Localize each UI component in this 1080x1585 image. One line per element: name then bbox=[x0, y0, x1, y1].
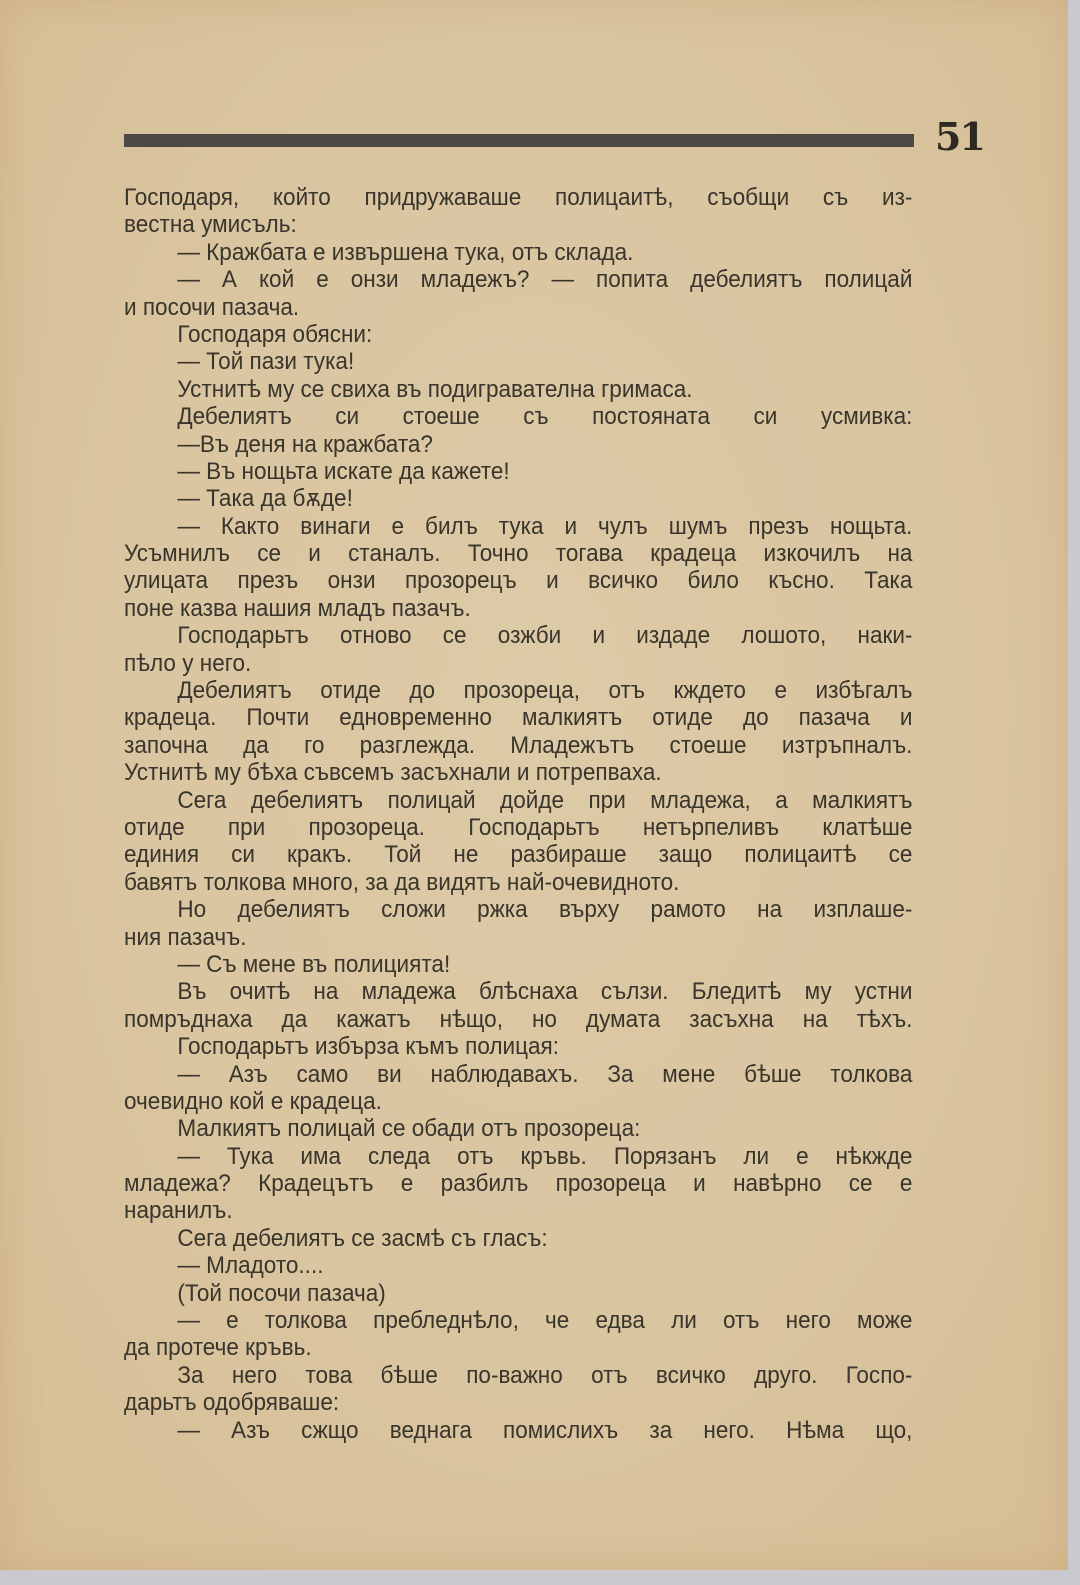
text-line: и посочи пазача. bbox=[124, 294, 912, 321]
text-line: да протече кръвь. bbox=[124, 1334, 912, 1361]
text-line: поне казва нашия младъ пазачъ. bbox=[124, 595, 912, 622]
text-line: (Той посочи пазача) bbox=[124, 1280, 912, 1307]
text-line: — А кой е онзи младежъ? — попита дебелия… bbox=[124, 266, 912, 293]
text-line: Сега дебелиятъ се засмѣ съ гласъ: bbox=[124, 1225, 912, 1252]
text-line: ния пазачъ. bbox=[124, 924, 912, 951]
text-line: вестна умисъль: bbox=[124, 211, 912, 238]
text-line: Но дебелиятъ сложи ржка върху рамото на … bbox=[124, 896, 912, 923]
text-line: За него това бѣше по-важно отъ всичко др… bbox=[124, 1362, 912, 1389]
text-line: започна да го разглежда. Младежътъ стоеш… bbox=[124, 732, 912, 759]
text-line: — Съ мене въ полицията! bbox=[124, 951, 912, 978]
text-line: крадеца. Почти едновременно малкиятъ оти… bbox=[124, 704, 912, 731]
text-line: Дебелиятъ си стоеше съ постояната си усм… bbox=[124, 403, 912, 430]
text-line: — Азъ само ви наблюдавахъ. За мене бѣше … bbox=[124, 1061, 912, 1088]
text-line: улицата презъ онзи прозорецъ и всичко би… bbox=[124, 567, 912, 594]
text-line: бавятъ толкова много, за да видятъ най-о… bbox=[124, 869, 912, 896]
text-line: Господарьтъ отново се озжби и издаде лош… bbox=[124, 622, 912, 649]
page-number: 51 bbox=[935, 118, 984, 156]
text-line: наранилъ. bbox=[124, 1197, 912, 1224]
text-line: Усъмнилъ се и станалъ. Точно тогава крад… bbox=[124, 540, 912, 567]
text-line: Господаря обясни: bbox=[124, 321, 912, 348]
text-line: —Въ деня на кражбата? bbox=[124, 431, 912, 458]
text-line: — Тука има следа отъ кръвь. Порязанъ ли … bbox=[124, 1143, 912, 1170]
text-line: — Азъ сжщо веднага помислихъ за него. Нѣ… bbox=[124, 1417, 912, 1444]
text-line: — Както винаги е билъ тука и чулъ шумъ п… bbox=[124, 513, 912, 540]
text-line: Сега дебелиятъ полицай дойде при младежа… bbox=[124, 787, 912, 814]
text-line: Малкиятъ полицай се обади отъ прозореца: bbox=[124, 1115, 912, 1142]
text-line: дарьтъ одобряваше: bbox=[124, 1389, 912, 1416]
text-line: — Младото.... bbox=[124, 1252, 912, 1279]
text-line: младежа? Крадецътъ е разбилъ прозореца и… bbox=[124, 1170, 912, 1197]
text-line: Устнитѣ му бѣха съвсемъ засъхнали и потр… bbox=[124, 759, 912, 786]
text-line: пѣло у него. bbox=[124, 650, 912, 677]
text-line: — е толкова пребледнѣло, че едва ли отъ … bbox=[124, 1307, 912, 1334]
book-page: 51 Господаря, който придружаваше полицаи… bbox=[0, 0, 1068, 1570]
text-line: отиде при прозореца. Господарьтъ нетърпе… bbox=[124, 814, 912, 841]
text-line: единия си кракъ. Той не разбираше защо п… bbox=[124, 841, 912, 868]
body-text: Господаря, който придружаваше полицаитѣ,… bbox=[124, 184, 849, 1444]
text-line: Господарьтъ избърза къмъ полицая: bbox=[124, 1033, 912, 1060]
text-line: — Той пази тука! bbox=[124, 348, 912, 375]
text-line: — Кражбата е извършена тука, отъ склада. bbox=[124, 239, 912, 266]
text-line: Въ очитѣ на младежа блѣснаха сълзи. Блед… bbox=[124, 978, 912, 1005]
text-line: — Въ нощьта искате да кажете! bbox=[124, 458, 912, 485]
text-line: — Така да бѫде! bbox=[124, 485, 912, 512]
text-line: помръднаха да кажатъ нѣщо, но думата зас… bbox=[124, 1006, 912, 1033]
text-line: Устнитѣ му се свиха въ подигравателна гр… bbox=[124, 376, 912, 403]
text-line: Господаря, който придружаваше полицаитѣ,… bbox=[124, 184, 912, 211]
text-line: очевидно кой е крадеца. bbox=[124, 1088, 912, 1115]
text-line: Дебелиятъ отиде до прозореца, отъ кждето… bbox=[124, 677, 912, 704]
header-rule bbox=[124, 134, 914, 147]
